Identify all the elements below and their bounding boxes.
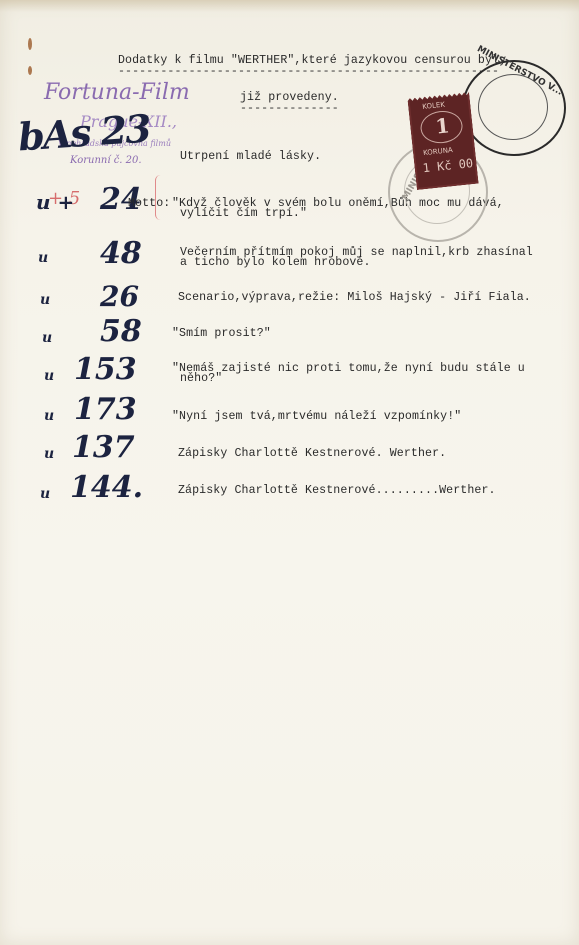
rust-stain (28, 66, 32, 75)
entry-text: "Nemáš zajisté nic proti tomu,že nyní bu… (172, 363, 525, 374)
entry-number: 153 (74, 352, 137, 387)
rust-stain (28, 38, 32, 50)
entry-text: Scenario,výprava,režie: Miloš Hajský - J… (178, 292, 531, 303)
entry-text: Zápisky Charlottě Kestnerové.........Wer… (178, 485, 496, 496)
handwritten-reference: bAs 23 (17, 105, 151, 159)
entry-mark: u (44, 446, 54, 462)
title-underline: ----------------------------------------… (118, 66, 499, 77)
entry-text-continued: vylíčit čím trpí." (180, 208, 307, 219)
entry-number: 48 (100, 236, 142, 271)
stamp-value: 1 (434, 113, 450, 138)
entry-mark: u (40, 292, 50, 308)
entry-text-continued: něho?" (180, 373, 222, 384)
entry-number: 137 (72, 430, 135, 465)
entry-mark: u (42, 330, 52, 346)
entry-number: 144. (70, 470, 143, 505)
entry-number: 173 (74, 392, 137, 427)
stamp-top-text: KOLEK (422, 101, 445, 111)
scanned-document-page: Dodatky k filmu "WERTHER",které jazykovo… (0, 0, 579, 945)
entry-label: Motto: (128, 198, 170, 209)
entry-text-continued: a ticho bylo kolem hrobové. (180, 257, 371, 268)
entry-text: "Smím prosit?" (172, 328, 271, 339)
entry-mark: u (44, 408, 54, 424)
entry-mark: u (44, 368, 54, 384)
entry-text: Zápisky Charlottě Kestnerové. Werther. (178, 448, 446, 459)
entry-number: 26 (100, 280, 139, 313)
entry-mark: u (40, 486, 50, 502)
entry-mark: u + (36, 190, 74, 214)
letterhead-company: Fortuna-Film (44, 80, 190, 105)
stamp-bottom-text: KORUNA (423, 146, 453, 157)
entry-number: 58 (100, 314, 142, 349)
revenue-stamp: KOLEK 1 KORUNA 1 Kč 00 (407, 92, 478, 190)
title-underline-2: -------------- (240, 103, 339, 114)
letterhead-address: Korunní č. 20. (70, 155, 142, 166)
entry-text: "Nyní jsem tvá,mrtvému náleží vzpomínky!… (172, 411, 461, 422)
film-subtitle: Utrpení mladé lásky. (180, 151, 321, 162)
entry-mark: u (38, 250, 48, 266)
stamp-bottom-value: 1 Kč 00 (422, 156, 474, 175)
